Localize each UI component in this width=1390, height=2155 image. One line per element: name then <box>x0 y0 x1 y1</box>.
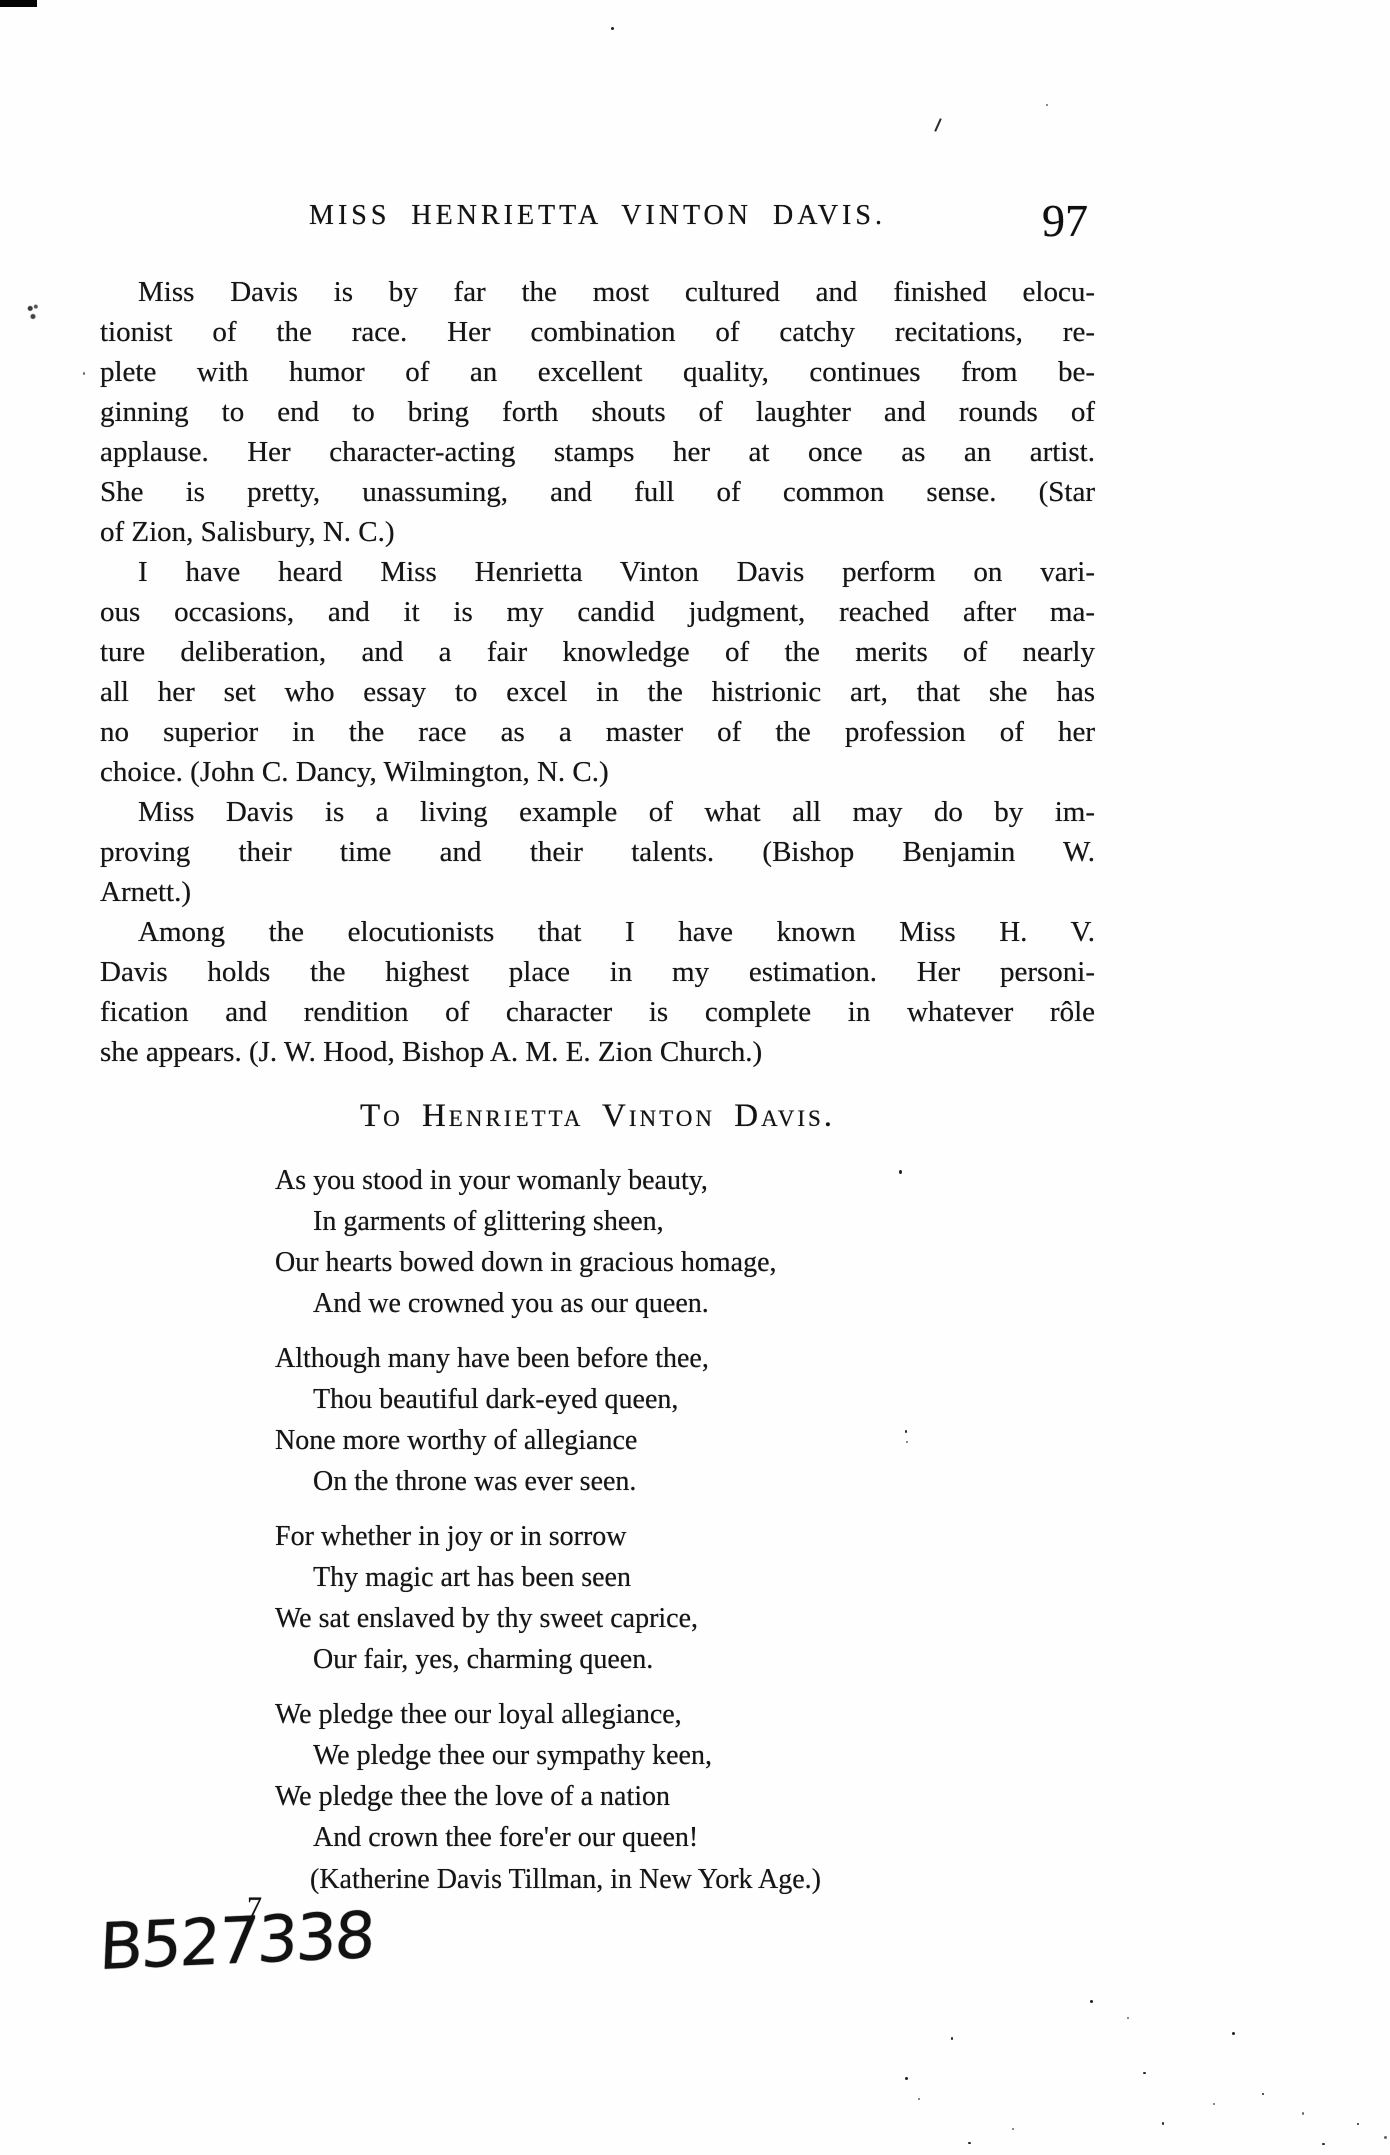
poem-line: We pledge thee our loyal allegiance, <box>275 1694 1095 1735</box>
scan-speck <box>899 1170 902 1174</box>
scan-speck <box>951 2037 953 2040</box>
body-line: she appears. (J. W. Hood, Bishop A. M. E… <box>100 1032 1095 1072</box>
body-line: proving their time and their talents. (B… <box>100 832 1095 872</box>
scanned-book-page: MISS HENRIETTA VINTON DAVIS. 97 Miss Dav… <box>0 0 1390 2155</box>
poem-stanza: We pledge thee our loyal allegiance,We p… <box>275 1694 1095 1858</box>
scan-speck <box>1090 2000 1093 2003</box>
body-line: all her set who essay to excel in the hi… <box>100 672 1095 712</box>
body-line: Davis holds the highest place in my esti… <box>100 952 1095 992</box>
body-line: Miss Davis is a living example of what a… <box>100 792 1095 832</box>
body-line: ginning to end to bring forth shouts of … <box>100 392 1095 432</box>
scan-speck <box>1213 2103 1215 2105</box>
body-line: ous occasions, and it is my candid judgm… <box>100 592 1095 632</box>
handwritten-accession-number: B527338 <box>98 1904 375 1980</box>
poem-title: To Henrietta Vinton Davis. <box>100 1096 1095 1136</box>
poem-line: Although many have been before thee, <box>275 1338 1095 1379</box>
scan-speck <box>1127 2017 1129 2019</box>
body-line: She is pretty, unassuming, and full of c… <box>100 472 1095 512</box>
body-line: tionist of the race. Her combination of … <box>100 312 1095 352</box>
scan-speck <box>905 2077 908 2080</box>
scan-speck <box>968 2142 971 2144</box>
scan-speck <box>83 372 85 375</box>
poem-line: We pledge thee the love of a nation <box>275 1776 1095 1817</box>
poem-stanza: As you stood in your womanly beauty,In g… <box>275 1160 1095 1324</box>
poem-line: None more worthy of allegiance <box>275 1420 1095 1461</box>
poem-line: And crown thee fore'er our queen! <box>313 1817 1095 1858</box>
poem-line: For whether in joy or in sorrow <box>275 1516 1095 1557</box>
poem-section: To Henrietta Vinton Davis. As you stood … <box>100 1096 1095 1900</box>
body-line: plete with humor of an excellent quality… <box>100 352 1095 392</box>
body-line: fication and rendition of character is c… <box>100 992 1095 1032</box>
scan-speck <box>1046 104 1048 106</box>
poem-line: And we crowned you as our queen. <box>313 1283 1095 1324</box>
page-number: 97 <box>1042 194 1088 247</box>
body-line: choice. (John C. Dancy, Wilmington, N. C… <box>100 752 1095 792</box>
scan-speck <box>918 2098 920 2100</box>
running-head-title: MISS HENRIETTA VINTON DAVIS. <box>100 200 1095 232</box>
margin-smudge <box>26 303 40 321</box>
body-paragraphs: Miss Davis is by far the most cultured a… <box>100 272 1095 1072</box>
scan-stray-mark <box>934 118 942 132</box>
poem-stanzas: As you stood in your womanly beauty,In g… <box>275 1160 1095 1858</box>
body-line: I have heard Miss Henrietta Vinton Davis… <box>100 552 1095 592</box>
poem-line: Thou beautiful dark-eyed queen, <box>313 1379 1095 1420</box>
body-line: of Zion, Salisbury, N. C.) <box>100 512 1095 552</box>
scan-speck <box>1384 2136 1387 2139</box>
scan-speck <box>1357 2123 1359 2125</box>
scan-speck <box>1143 2072 1146 2074</box>
poem-stanza: Although many have been before thee,Thou… <box>275 1338 1095 1502</box>
poem-line: We sat enslaved by thy sweet caprice, <box>275 1598 1095 1639</box>
scan-speck <box>1162 2122 1164 2125</box>
poem-line: Thy magic art has been seen <box>313 1557 1095 1598</box>
poem-line: Our hearts bowed down in gracious homage… <box>275 1242 1095 1283</box>
scan-speck <box>611 27 614 30</box>
scan-speck <box>1262 2093 1264 2095</box>
poem-line: We pledge thee our sympathy keen, <box>313 1735 1095 1776</box>
scan-edge-artifact <box>0 0 37 7</box>
poem-line: As you stood in your womanly beauty, <box>275 1160 1095 1201</box>
body-line: no superior in the race as a master of t… <box>100 712 1095 752</box>
scan-speck <box>1322 2143 1325 2145</box>
poem-line: In garments of glittering sheen, <box>313 1201 1095 1242</box>
body-line: Miss Davis is by far the most cultured a… <box>100 272 1095 312</box>
scan-speck <box>1012 2128 1014 2130</box>
scan-speck <box>905 1430 907 1433</box>
scan-speck <box>1302 2112 1304 2115</box>
poem-attribution: (Katherine Davis Tillman, in New York Ag… <box>310 1859 1095 1900</box>
body-line: Arnett.) <box>100 872 1095 912</box>
scan-speck <box>1232 2032 1235 2035</box>
body-line: applause. Her character-acting stamps he… <box>100 432 1095 472</box>
poem-line: On the throne was ever seen. <box>313 1461 1095 1502</box>
body-line: ture deliberation, and a fair knowledge … <box>100 632 1095 672</box>
body-line: Among the elocutionists that I have know… <box>100 912 1095 952</box>
scan-speck <box>906 1441 908 1443</box>
poem-line: Our fair, yes, charming queen. <box>313 1639 1095 1680</box>
poem-stanza: For whether in joy or in sorrowThy magic… <box>275 1516 1095 1680</box>
